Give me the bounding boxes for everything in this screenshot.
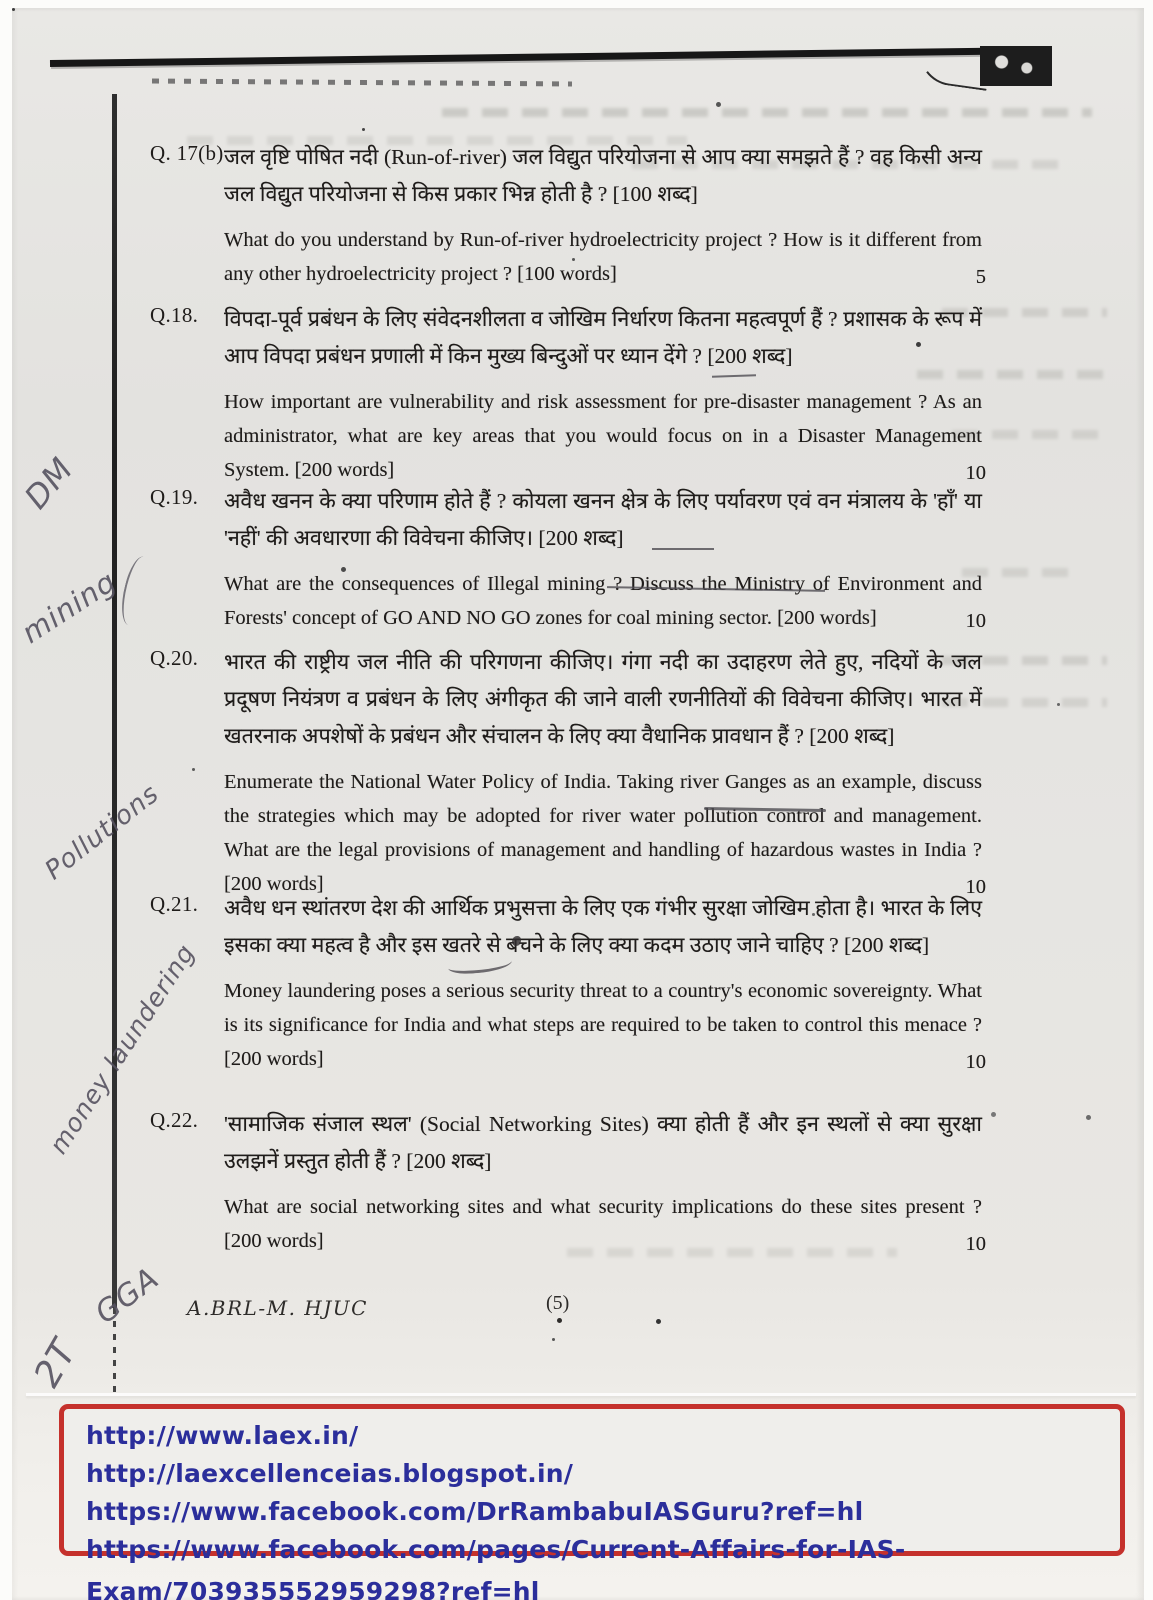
- scan-corner-blob-artifact: [980, 46, 1052, 86]
- handwritten-note-2t: 2T: [26, 1333, 85, 1394]
- paper-crease: [26, 1393, 1136, 1396]
- scan-speckle-artifact: [152, 79, 572, 87]
- pen-underline-shabd: [652, 548, 714, 550]
- marks-value: 10: [966, 1051, 987, 1074]
- question-17b: Q. 17(b) जल वृष्टि पोषित नदी (Run-of-riv…: [150, 139, 982, 291]
- scan-fold-line: [112, 94, 117, 1308]
- link-line: http://laexcellenceias.blogspot.in/: [86, 1455, 1120, 1493]
- question-text-hindi: 'सामाजिक संजाल स्थल' (Social Networking …: [224, 1106, 982, 1180]
- question-text-hindi: विपदा-पूर्व प्रबंधन के लिए संवेदनशीलता व…: [224, 301, 982, 375]
- question-text-english: How important are vulnerability and risk…: [224, 385, 982, 487]
- question-18: Q.18. विपदा-पूर्व प्रबंधन के लिए संवेदनश…: [150, 301, 982, 487]
- question-number: Q. 17(b): [150, 141, 230, 166]
- question-text-english: What are social networking sites and wha…: [224, 1190, 982, 1258]
- links-box: http://www.laex.in/ http://laexcellencei…: [59, 1404, 1125, 1556]
- question-20: Q.20. भारत की राष्ट्रीय जल नीति की परिगण…: [150, 644, 982, 901]
- question-text-english: Enumerate the National Water Policy of I…: [224, 765, 982, 901]
- question-text-english: Money laundering poses a serious securit…: [224, 974, 982, 1076]
- page-number: (5): [546, 1292, 569, 1315]
- scanned-page: Q. 17(b) जल वृष्टि पोषित नदी (Run-of-riv…: [12, 8, 1144, 1600]
- footer-code: A.BRL-M. HJUC: [187, 1296, 368, 1320]
- question-21: Q.21. अवैध धन स्थांतरण देश की आर्थिक प्र…: [150, 890, 982, 1076]
- question-text-english: What do you understand by Run-of-river h…: [224, 223, 982, 291]
- page-number-dot: [557, 1318, 562, 1323]
- link-line: https://www.facebook.com/pages/Current-A…: [86, 1531, 1120, 1569]
- question-number: Q.18.: [150, 303, 230, 328]
- bleed-through-artifact: [442, 108, 1092, 117]
- question-text-hindi: भारत की राष्ट्रीय जल नीति की परिगणना कीज…: [224, 644, 982, 755]
- question-text-english: What are the consequences of Illegal min…: [224, 567, 982, 635]
- handwritten-note-dm: DM: [17, 450, 81, 516]
- question-22: Q.22. 'सामाजिक संजाल स्थल' (Social Netwo…: [150, 1106, 982, 1258]
- scan-edge-artifact: [50, 47, 1052, 67]
- question-number: Q.22.: [150, 1108, 230, 1133]
- handwritten-note-pollutions: Pollutions: [40, 779, 166, 886]
- question-number: Q.20.: [150, 646, 230, 671]
- question-number: Q.19.: [150, 485, 230, 510]
- question-text-hindi: अवैध धन स्थांतरण देश की आर्थिक प्रभुसत्त…: [224, 890, 982, 964]
- link-facebook-current-affairs[interactable]: https://www.facebook.com/pages/Current-A…: [86, 1535, 905, 1600]
- question-number: Q.21.: [150, 892, 230, 917]
- ink-specks: [12, 8, 15, 11]
- marks-value: 10: [966, 1233, 987, 1256]
- question-text-hindi: अवैध खनन के क्या परिणाम होते हैं ? कोयला…: [224, 483, 982, 557]
- question-text-hindi: जल वृष्टि पोषित नदी (Run-of-river) जल वि…: [224, 139, 982, 213]
- marks-value: 10: [966, 610, 987, 633]
- handwritten-note-mining: mining: [15, 564, 122, 650]
- link-laex[interactable]: http://www.laex.in/: [86, 1421, 358, 1450]
- link-line: http://www.laex.in/: [86, 1417, 1120, 1455]
- marks-value: 10: [966, 462, 987, 485]
- handwritten-note-gga: GGA: [89, 1261, 166, 1331]
- link-blogspot[interactable]: http://laexcellenceias.blogspot.in/: [86, 1459, 573, 1488]
- question-19: Q.19. अवैध खनन के क्या परिणाम होते हैं ?…: [150, 483, 982, 635]
- marks-value: 5: [976, 266, 986, 289]
- link-facebook-guru[interactable]: https://www.facebook.com/DrRambabuIASGur…: [86, 1497, 863, 1526]
- link-line: https://www.facebook.com/DrRambabuIASGur…: [86, 1493, 1120, 1531]
